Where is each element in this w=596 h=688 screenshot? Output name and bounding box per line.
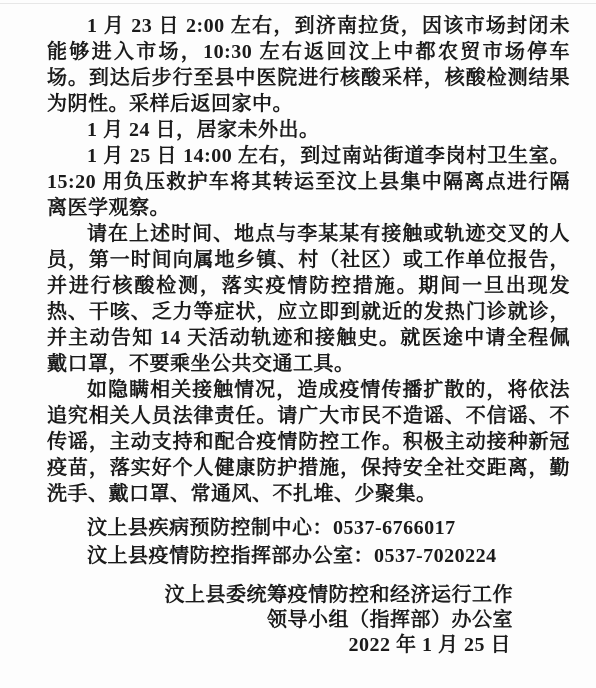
- signature-org-line2: 领导小组（指挥部）办公室: [47, 608, 513, 633]
- contact-epidemic-office-phone: 汶上县疫情防控指挥部办公室：0537-7020224: [47, 542, 570, 570]
- paragraph-timeline-jan23: 1 月 23 日 2:00 左右，到济南拉货，因该市场封闭未能够进入市场，10:…: [47, 13, 570, 117]
- paragraph-legal-advice: 如隐瞒相关接触情况，造成疫情传播扩散的，将依法追究相关人员法律责任。请广大市民不…: [47, 377, 570, 507]
- signature-block: 汶上县委统筹疫情防控和经济运行工作 领导小组（指挥部）办公室 2022 年 1 …: [47, 583, 570, 658]
- document-content: 1 月 23 日 2:00 左右，到济南拉货，因该市场封闭未能够进入市场，10:…: [0, 0, 596, 658]
- signature-org-line1: 汶上县委统筹疫情防控和经济运行工作: [47, 583, 513, 608]
- paragraph-timeline-jan24: 1 月 24 日，居家未外出。: [47, 117, 570, 143]
- notice-body: 1 月 23 日 2:00 左右，到济南拉货，因该市场封闭未能够进入市场，10:…: [47, 13, 570, 507]
- contact-cdc-phone: 汶上县疾病预防控制中心：0537-6766017: [47, 514, 570, 542]
- notice-document-page: 1 月 23 日 2:00 左右，到济南拉货，因该市场封闭未能够进入市场，10:…: [0, 0, 596, 688]
- page-top-divider: [0, 3, 596, 4]
- paragraph-timeline-jan25: 1 月 25 日 14:00 左右，到过南站街道李岗村卫生室。15:20 用负压…: [47, 143, 570, 221]
- signature-date: 2022 年 1 月 25 日: [47, 633, 513, 658]
- paragraph-contact-instructions: 请在上述时间、地点与李某某有接触或轨迹交叉的人员，第一时间向属地乡镇、村（社区）…: [47, 221, 570, 377]
- contact-phone-block: 汶上县疾病预防控制中心：0537-6766017 汶上县疫情防控指挥部办公室：0…: [47, 514, 570, 570]
